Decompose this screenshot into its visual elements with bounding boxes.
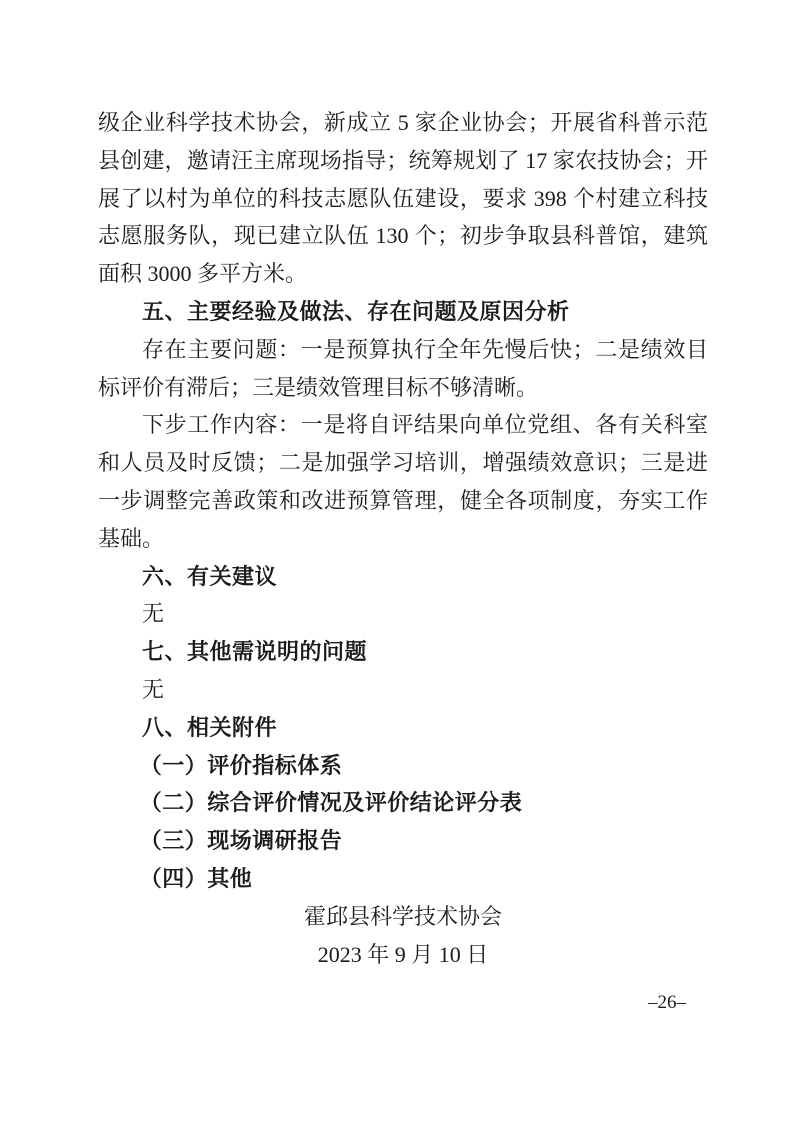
paragraph-next-steps: 下步工作内容：一是将自评结果向单位党组、各有关科室和人员及时反馈；二是加强学习培… bbox=[98, 406, 708, 557]
attachment-item-4: （四）其他 bbox=[98, 860, 708, 898]
section-heading-other-issues: 七、其他需说明的问题 bbox=[98, 633, 708, 671]
paragraph-main-problems: 存在主要问题：一是预算执行全年先慢后快；二是绩效目标评价有滞后；三是绩效管理目标… bbox=[98, 331, 708, 407]
page-number: –26– bbox=[648, 991, 686, 1015]
attachment-item-2: （二）综合评价情况及评价结论评分表 bbox=[98, 784, 708, 822]
section-heading-experience: 五、主要经验及做法、存在问题及原因分析 bbox=[98, 293, 708, 331]
attachment-item-3: （三）现场调研报告 bbox=[98, 822, 708, 860]
suggestions-none-text: 无 bbox=[98, 595, 708, 633]
document-page: 级企业科学技术协会，新成立 5 家企业协会；开展省科普示范县创建，邀请汪主席现场… bbox=[0, 0, 793, 1122]
document-body: 级企业科学技术协会，新成立 5 家企业协会；开展省科普示范县创建，邀请汪主席现场… bbox=[98, 104, 708, 973]
signature-organization: 霍邱县科学技术协会 bbox=[98, 898, 708, 936]
signature-date: 2023 年 9 月 10 日 bbox=[98, 936, 708, 974]
section-heading-suggestions: 六、有关建议 bbox=[98, 558, 708, 596]
attachment-item-1: （一）评价指标体系 bbox=[98, 747, 708, 785]
section-heading-attachments: 八、相关附件 bbox=[98, 709, 708, 747]
body-text-continuation: 级企业科学技术协会，新成立 5 家企业协会；开展省科普示范县创建，邀请汪主席现场… bbox=[98, 104, 708, 293]
other-issues-none-text: 无 bbox=[98, 671, 708, 709]
